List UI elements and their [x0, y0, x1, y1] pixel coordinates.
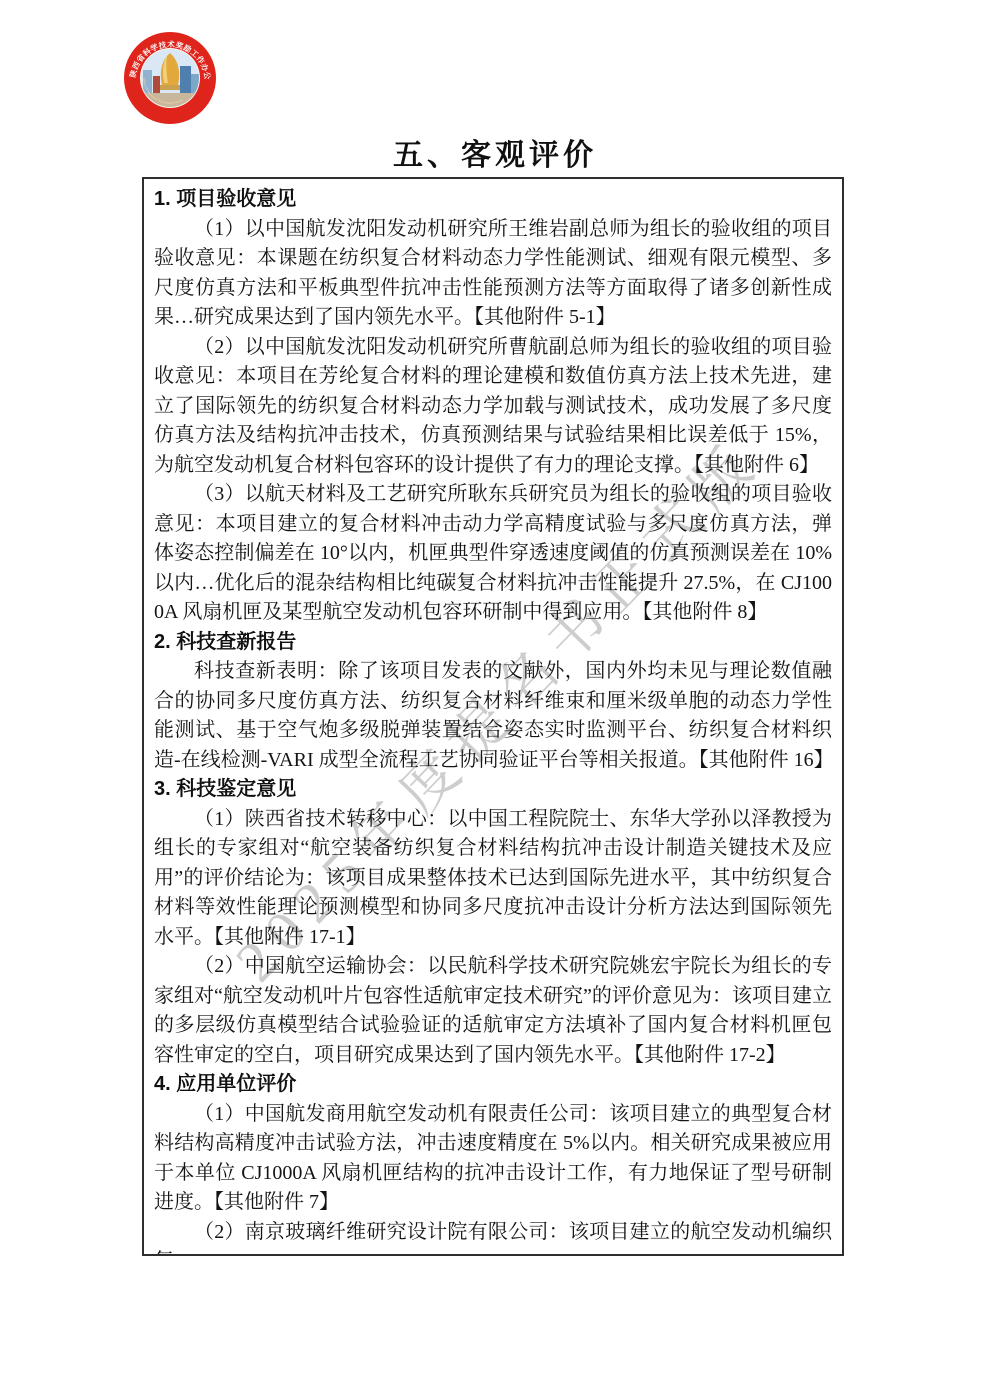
section-heading: 4. 应用单位评价 — [154, 1070, 832, 1100]
section-paragraph: （1）以中国航发沈阳发动机研究所王维岩副总师为组长的验收组的项目验收意见：本课题… — [154, 215, 832, 333]
section-heading: 2. 科技查新报告 — [154, 628, 832, 658]
section-heading: 3. 科技鉴定意见 — [154, 775, 832, 805]
page-title: 五、客观评价 — [0, 130, 990, 174]
sections-container: 1. 项目验收意见（1）以中国航发沈阳发动机研究所王维岩副总师为组长的验收组的项… — [154, 185, 832, 1256]
section-paragraph: （2）以中国航发沈阳发动机研究所曹航副总师为组长的验收组的项目验收意见：本项目在… — [154, 333, 832, 481]
seal-icon: 陕西省科学技术奖励工作办公室 Office Of Science & Techn… — [122, 30, 218, 126]
section-paragraph: （3）以航天材料及工艺研究所耿东兵研究员为组长的验收组的项目验收意见：本项目建立… — [154, 480, 832, 628]
seal-center-image — [141, 49, 199, 107]
section-paragraph: 科技查新表明：除了该项目发表的文献外，国内外均未见与理论数值融合的协同多尺度仿真… — [154, 657, 832, 775]
section-paragraph: （1）中国航发商用航空发动机有限责任公司：该项目建立的典型复合材料结构高精度冲击… — [154, 1100, 832, 1218]
section-paragraph: （2）南京玻璃纤维研究设计院有限公司：该项目建立的航空发动机编织复 — [154, 1218, 832, 1257]
section-paragraph: （1）陕西省技术转移中心：以中国工程院院士、东华大学孙以泽教授为组长的专家组对“… — [154, 805, 832, 953]
content-box: 2025年度提名书正式版 1. 项目验收意见（1）以中国航发沈阳发动机研究所王维… — [142, 177, 844, 1256]
section-paragraph: （2）中国航空运输协会：以民航科学技术研究院姚宏宇院长为组长的专家组对“航空发动… — [154, 952, 832, 1070]
document-page: 陕西省科学技术奖励工作办公室 Office Of Science & Techn… — [0, 0, 990, 1399]
section-heading: 1. 项目验收意见 — [154, 185, 832, 215]
agency-seal-logo: 陕西省科学技术奖励工作办公室 Office Of Science & Techn… — [122, 30, 218, 126]
